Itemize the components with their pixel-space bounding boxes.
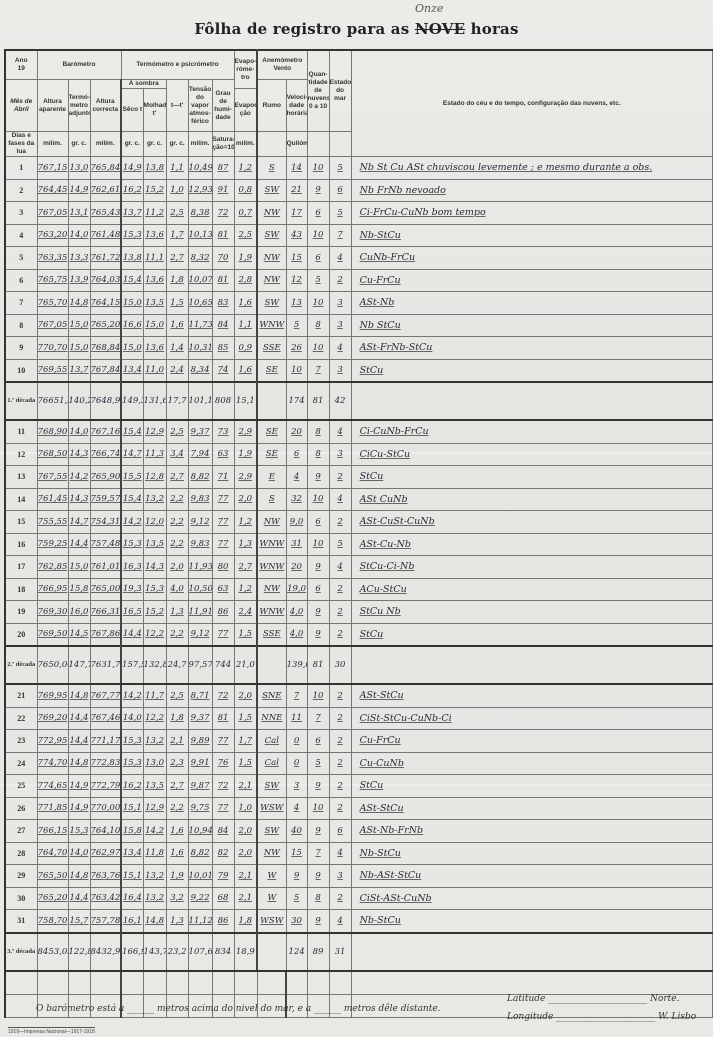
cell-vp: 11,93: [188, 556, 212, 579]
table-row: 8767,0515,0765,2016,615,01,611,73841,1WN…: [5, 314, 713, 337]
cell-sea: 2: [329, 887, 351, 910]
unit: Quilóm.: [286, 132, 307, 157]
remarks-cell: ASt-StCu: [351, 797, 712, 820]
cell-tw: 13,2: [143, 488, 166, 511]
cell-tb: 14,7: [68, 511, 90, 534]
cell-cl: 9: [307, 179, 329, 202]
cell-h: 77: [212, 730, 234, 753]
cell-cl: 5: [307, 269, 329, 292]
remarks-cell: ACu-StCu: [351, 578, 712, 601]
cell-d: 4,0: [166, 578, 188, 601]
cell-p: 7650,00: [37, 646, 68, 684]
cell-tb: 14,4: [68, 533, 90, 556]
cell-ev: 1,7: [234, 730, 257, 753]
shade-header: À sombra: [121, 80, 166, 89]
cell-t: 15,3: [121, 752, 143, 775]
table-row: 24774,7014,8772,8315,313,02,39,91761,5Ca…: [5, 752, 713, 775]
cell-h: 834: [212, 933, 234, 971]
cell-sea: 42: [329, 382, 351, 420]
table-row: 15755,5514,7754,3114,212,02,29,12771,2NW…: [5, 511, 713, 534]
barometer-note: O barómetro está a ______ metros acima d…: [36, 1004, 441, 1014]
cell-t: 15,4: [121, 420, 143, 443]
cell-vel: 174: [286, 382, 307, 420]
cell-tb: 14,9: [68, 775, 90, 798]
cell-p: 769,20: [37, 707, 68, 730]
cell-vp: 10,50: [188, 578, 212, 601]
cell-vp: 10,01: [188, 865, 212, 888]
cell-dir: WNW: [257, 533, 286, 556]
cell-pc: 765,84: [90, 157, 121, 180]
cell-vel: 40: [286, 820, 307, 843]
cell-dir: SSE: [257, 337, 286, 360]
cell-ev: 18,9: [234, 933, 257, 971]
cell-p: 8453,05: [37, 933, 68, 971]
cell-sea: 3: [329, 865, 351, 888]
unit: gr. c.: [166, 132, 188, 157]
cell-ev: 1,2: [234, 578, 257, 601]
remarks-cell: Nb-StCu: [351, 910, 712, 933]
remarks-cell: [351, 933, 712, 971]
cell-sea: 2: [329, 775, 351, 798]
day-number: 7: [5, 292, 37, 315]
cell-h: 81: [212, 707, 234, 730]
cell-cl: 6: [307, 511, 329, 534]
col-header: Altura correcta: [90, 80, 121, 132]
cell-t: 16,2: [121, 775, 143, 798]
cell-sea: 3: [329, 314, 351, 337]
cell-d: 3,4: [166, 443, 188, 466]
title-prefix: Fôlha de registro para as: [194, 20, 409, 38]
cell-vel: 14: [286, 157, 307, 180]
unit: [257, 132, 286, 157]
remarks-cell: [351, 646, 712, 684]
cell-sea: 2: [329, 752, 351, 775]
cell-sea: 4: [329, 556, 351, 579]
cell-pc: 763,76: [90, 865, 121, 888]
cell-h: 72: [212, 775, 234, 798]
cell-ev: 1,3: [234, 533, 257, 556]
cell-h: 77: [212, 623, 234, 646]
cell-vp: 107,60: [188, 933, 212, 971]
cell-dir: E: [257, 466, 286, 489]
cell-p: 767,05: [37, 202, 68, 225]
empty-cell: [329, 971, 351, 995]
cell-p: 766,95: [37, 578, 68, 601]
cell-ev: 1,0: [234, 797, 257, 820]
cell-tw: 11,7: [143, 684, 166, 707]
day-number: 10: [5, 359, 37, 382]
cell-h: 744: [212, 646, 234, 684]
cell-h: 86: [212, 601, 234, 624]
cell-tw: 132,8: [143, 646, 166, 684]
cell-ev: 2,1: [234, 775, 257, 798]
register-table: Ano19 Barómetro Termómetro e psicrómetro…: [4, 49, 713, 1018]
cell-t: 149,3: [121, 382, 143, 420]
cell-d: 1,5: [166, 292, 188, 315]
cell-sea: 3: [329, 443, 351, 466]
cell-cl: 10: [307, 292, 329, 315]
cell-dir: NW: [257, 842, 286, 865]
cell-pc: 754,31: [90, 511, 121, 534]
table-row: 18766,9515,8765,0019,315,34,010,50631,2N…: [5, 578, 713, 601]
cell-vel: 15: [286, 247, 307, 270]
cell-d: 2,7: [166, 247, 188, 270]
remarks-cell: Nb St Cu ASt chuviscou levemente ; e mes…: [351, 157, 712, 180]
cell-tb: 16,0: [68, 601, 90, 624]
cell-cl: 10: [307, 488, 329, 511]
cell-vel: 20: [286, 420, 307, 443]
cell-ev: 2,4: [234, 601, 257, 624]
day-number: 18: [5, 578, 37, 601]
cell-dir: Cal: [257, 730, 286, 753]
cell-tw: 13,0: [143, 752, 166, 775]
cell-cl: 9: [307, 601, 329, 624]
unit: gr. c.: [143, 132, 166, 157]
cell-pc: 757,78: [90, 910, 121, 933]
cell-ev: 2,9: [234, 420, 257, 443]
cell-vel: 21: [286, 179, 307, 202]
cell-vel: 43: [286, 224, 307, 247]
cell-t: 19,3: [121, 578, 143, 601]
cell-h: 82: [212, 842, 234, 865]
remarks-cell: ASt-Nb-FrNb: [351, 820, 712, 843]
cell-cl: 9: [307, 556, 329, 579]
cell-t: 15,3: [121, 730, 143, 753]
cell-tw: 11,8: [143, 842, 166, 865]
cell-sea: 2: [329, 730, 351, 753]
col-header: Rumo: [257, 80, 286, 132]
cell-pc: 766,31: [90, 601, 121, 624]
cell-vp: 11,73: [188, 314, 212, 337]
cell-cl: 81: [307, 646, 329, 684]
cell-t: 15,1: [121, 797, 143, 820]
cell-tb: 122,8: [68, 933, 90, 971]
cell-h: 76: [212, 752, 234, 775]
remarks-cell: Nb-StCu: [351, 842, 712, 865]
cell-tw: 13,2: [143, 887, 166, 910]
cell-cl: 9: [307, 466, 329, 489]
remarks-cell: StCu: [351, 623, 712, 646]
remarks-cell: ASt-FrNb-StCu: [351, 337, 712, 360]
empty-cell: [212, 971, 234, 995]
cell-t: 157,5: [121, 646, 143, 684]
cell-ev: 2,0: [234, 684, 257, 707]
table-row: 17762,8515,0761,0116,314,32,011,93802,7W…: [5, 556, 713, 579]
cell-d: 2,2: [166, 533, 188, 556]
cell-pc: 767,16: [90, 420, 121, 443]
cell-p: 767,05: [37, 314, 68, 337]
cell-p: 763,35: [37, 247, 68, 270]
cell-tb: 14,0: [68, 842, 90, 865]
cell-sea: 4: [329, 247, 351, 270]
col-header: Veloci-dade horária: [286, 80, 307, 132]
cell-t: 14,2: [121, 511, 143, 534]
table-row: 9770,7015,0768,8415,013,61,410,31850,9SS…: [5, 337, 713, 360]
day-number: 1: [5, 157, 37, 180]
cell-ev: 1,2: [234, 157, 257, 180]
remarks-cell: CiSt-ASt-CuNb: [351, 887, 712, 910]
cell-tw: 12,2: [143, 623, 166, 646]
cell-p: 765,50: [37, 865, 68, 888]
cell-pc: 765,90: [90, 466, 121, 489]
cell-tw: 143,7: [143, 933, 166, 971]
latitude-field: Latitude ______________________ Norte.: [507, 994, 679, 1004]
table-row: 1767,1513,0765,8414,913,81,110,49871,2S1…: [5, 157, 713, 180]
cell-d: 2,2: [166, 488, 188, 511]
unit: milím.: [37, 132, 68, 157]
cell-tw: 11,2: [143, 202, 166, 225]
cell-vel: 5: [286, 314, 307, 337]
cell-tb: 15,0: [68, 337, 90, 360]
cell-dir: SE: [257, 443, 286, 466]
cell-cl: 10: [307, 797, 329, 820]
cell-tb: 14,3: [68, 488, 90, 511]
cell-ev: 1,9: [234, 247, 257, 270]
cell-cl: 81: [307, 382, 329, 420]
unit: [307, 132, 329, 157]
cell-t: 14,0: [121, 707, 143, 730]
cell-cl: 6: [307, 247, 329, 270]
cell-d: 2,2: [166, 797, 188, 820]
cell-p: 762,85: [37, 556, 68, 579]
cell-pc: 759,57: [90, 488, 121, 511]
cell-h: 63: [212, 578, 234, 601]
cell-tb: 140,2: [68, 382, 90, 420]
cell-pc: 7631,79: [90, 646, 121, 684]
cell-dir: NW: [257, 202, 286, 225]
cell-tb: 14,4: [68, 887, 90, 910]
cell-cl: 89: [307, 933, 329, 971]
cell-tw: 13,6: [143, 269, 166, 292]
cell-ev: 1,6: [234, 359, 257, 382]
cell-sea: 2: [329, 578, 351, 601]
day-number: 9: [5, 337, 37, 360]
col-header: Sêco t: [121, 89, 143, 132]
unit: milím.: [234, 132, 257, 157]
cell-p: 761,45: [37, 488, 68, 511]
cell-tw: 12,9: [143, 420, 166, 443]
cell-pc: 762,97: [90, 842, 121, 865]
cell-tb: 13,3: [68, 247, 90, 270]
cell-tb: 15,0: [68, 556, 90, 579]
cell-sea: 2: [329, 623, 351, 646]
cell-tw: 15,2: [143, 601, 166, 624]
cell-sea: 4: [329, 337, 351, 360]
cell-d: 1,8: [166, 707, 188, 730]
cell-sea: 6: [329, 820, 351, 843]
cell-tw: 15,2: [143, 179, 166, 202]
cell-ev: 21,0: [234, 646, 257, 684]
cell-d: 2,5: [166, 684, 188, 707]
remarks-cell: CiCu-StCu: [351, 443, 712, 466]
unit: Satura-ção=100: [212, 132, 234, 157]
cell-dir: W: [257, 887, 286, 910]
cell-cl: 10: [307, 684, 329, 707]
cell-t: 15,5: [121, 466, 143, 489]
cell-cl: 8: [307, 420, 329, 443]
cell-dir: S: [257, 157, 286, 180]
remarks-cell: Nb FrNb nevoado: [351, 179, 712, 202]
cell-ev: 1,5: [234, 707, 257, 730]
day-number: 12: [5, 443, 37, 466]
cell-vel: 15: [286, 842, 307, 865]
cell-pc: 762,61: [90, 179, 121, 202]
cell-dir: WNW: [257, 601, 286, 624]
empty-cell: [5, 971, 37, 995]
day-number: 4: [5, 224, 37, 247]
clouds-header: Quan-tidade de nuvens 0 a 10: [307, 50, 329, 132]
day-number: 20: [5, 623, 37, 646]
cell-p: 755,55: [37, 511, 68, 534]
cell-sea: 31: [329, 933, 351, 971]
cell-p: 765,20: [37, 887, 68, 910]
cell-p: 763,20: [37, 224, 68, 247]
cell-h: 81: [212, 269, 234, 292]
day-number: 24: [5, 752, 37, 775]
day-number: 5: [5, 247, 37, 270]
cell-dir: WSW: [257, 797, 286, 820]
cell-h: 808: [212, 382, 234, 420]
day-number: 14: [5, 488, 37, 511]
day-number: 29: [5, 865, 37, 888]
cell-d: 2,0: [166, 556, 188, 579]
title-struck-word: NOVE: [415, 20, 465, 38]
cell-tb: 15,0: [68, 314, 90, 337]
cell-pc: 764,10: [90, 820, 121, 843]
cell-sea: 30: [329, 646, 351, 684]
cell-vel: 9: [286, 865, 307, 888]
remarks-cell: [351, 382, 712, 420]
cell-h: 77: [212, 533, 234, 556]
cell-dir: S: [257, 488, 286, 511]
cell-vp: 9,87: [188, 775, 212, 798]
cell-vel: 17: [286, 202, 307, 225]
cell-t: 14,9: [121, 157, 143, 180]
blank-row: [5, 971, 713, 995]
cell-ev: 2,0: [234, 488, 257, 511]
cell-tw: 13,8: [143, 157, 166, 180]
cell-h: 84: [212, 314, 234, 337]
cell-tb: 14,8: [68, 752, 90, 775]
cell-vp: 8,38: [188, 202, 212, 225]
cell-vp: 9,83: [188, 533, 212, 556]
cell-vp: 9,12: [188, 623, 212, 646]
cell-dir: SNE: [257, 684, 286, 707]
cell-d: 2,2: [166, 623, 188, 646]
cell-d: 17,7: [166, 382, 188, 420]
cell-sea: 5: [329, 533, 351, 556]
unit: [329, 132, 351, 157]
cell-d: 3,2: [166, 887, 188, 910]
cell-tw: 13,2: [143, 865, 166, 888]
empty-cell: [143, 971, 166, 995]
decade-summary-row: 2.ª década7650,00147,77631,79157,5132,82…: [5, 646, 713, 684]
day-number: 13: [5, 466, 37, 489]
remarks-cell: StCu-Ci-Nb: [351, 556, 712, 579]
cell-vp: 9,75: [188, 797, 212, 820]
col-header: Termó-metro adjunto: [68, 80, 90, 132]
cell-h: 87: [212, 157, 234, 180]
cell-dir: WNW: [257, 314, 286, 337]
cell-tb: 14,8: [68, 292, 90, 315]
cell-h: 80: [212, 556, 234, 579]
cell-cl: 7: [307, 707, 329, 730]
month-header: Mês de Abril: [5, 80, 37, 132]
day-number: 3: [5, 202, 37, 225]
cell-p: 774,65: [37, 775, 68, 798]
cell-cl: 7: [307, 359, 329, 382]
day-number: 16: [5, 533, 37, 556]
cell-tw: 14,2: [143, 820, 166, 843]
cell-tb: 13,1: [68, 202, 90, 225]
table-row: 21769,9514,8767,7714,211,72,58,71722,0SN…: [5, 684, 713, 707]
cell-pc: 768,84: [90, 337, 121, 360]
remarks-cell: Nb-ASt-StCu: [351, 865, 712, 888]
cell-vel: 4: [286, 466, 307, 489]
cell-d: 23,2: [166, 933, 188, 971]
evaporometer-header: Evapo-róme-tro: [234, 50, 257, 89]
cell-tw: 13,2: [143, 730, 166, 753]
cell-p: 769,50: [37, 623, 68, 646]
table-row: 11768,9014,0767,1615,412,92,59,37732,9SE…: [5, 420, 713, 443]
cell-tw: 11,1: [143, 247, 166, 270]
day-number: 19: [5, 601, 37, 624]
cell-pc: 767,84: [90, 359, 121, 382]
cell-p: 764,45: [37, 179, 68, 202]
cell-vel: 4: [286, 797, 307, 820]
cell-tw: 131,6: [143, 382, 166, 420]
table-row: 30765,2014,4763,4216,413,23,29,22682,1W5…: [5, 887, 713, 910]
cell-p: 764,70: [37, 842, 68, 865]
cell-h: 86: [212, 910, 234, 933]
cell-t: 16,2: [121, 179, 143, 202]
cell-p: 767,15: [37, 157, 68, 180]
cell-vp: 9,12: [188, 511, 212, 534]
cell-vp: 11,91: [188, 601, 212, 624]
cell-cl: 9: [307, 775, 329, 798]
cell-dir: SW: [257, 820, 286, 843]
cell-sea: 2: [329, 511, 351, 534]
cell-tw: 13,6: [143, 337, 166, 360]
cell-tw: 14,3: [143, 556, 166, 579]
cell-tb: 14,0: [68, 420, 90, 443]
cell-sea: 2: [329, 269, 351, 292]
cell-vp: 9,37: [188, 420, 212, 443]
empty-cell: [37, 971, 68, 995]
handwritten-correction: Onze: [415, 2, 443, 15]
table-row: 3767,0513,1765,4313,711,22,58,38720,7NW1…: [5, 202, 713, 225]
table-row: 7765,7014,8764,1515,013,51,510,65831,6SW…: [5, 292, 713, 315]
decade-label: 2.ª década: [5, 646, 37, 684]
day-number: 17: [5, 556, 37, 579]
cell-dir: NW: [257, 247, 286, 270]
cell-d: 1,6: [166, 842, 188, 865]
day-number: 15: [5, 511, 37, 534]
cell-vel: 9,0: [286, 511, 307, 534]
day-number: 25: [5, 775, 37, 798]
cell-dir: WNW: [257, 556, 286, 579]
cell-pc: 7648,98: [90, 382, 121, 420]
cell-cl: 6: [307, 730, 329, 753]
remarks-cell: Ci-CuNb-FrCu: [351, 420, 712, 443]
empty-cell: [234, 971, 257, 995]
remarks-cell: Ci-FrCu-CuNb bom tempo: [351, 202, 712, 225]
cell-pc: 765,00: [90, 578, 121, 601]
cell-vp: 10,94: [188, 820, 212, 843]
cell-t: 15,4: [121, 269, 143, 292]
cell-p: 770,70: [37, 337, 68, 360]
cell-ev: 0,9: [234, 337, 257, 360]
